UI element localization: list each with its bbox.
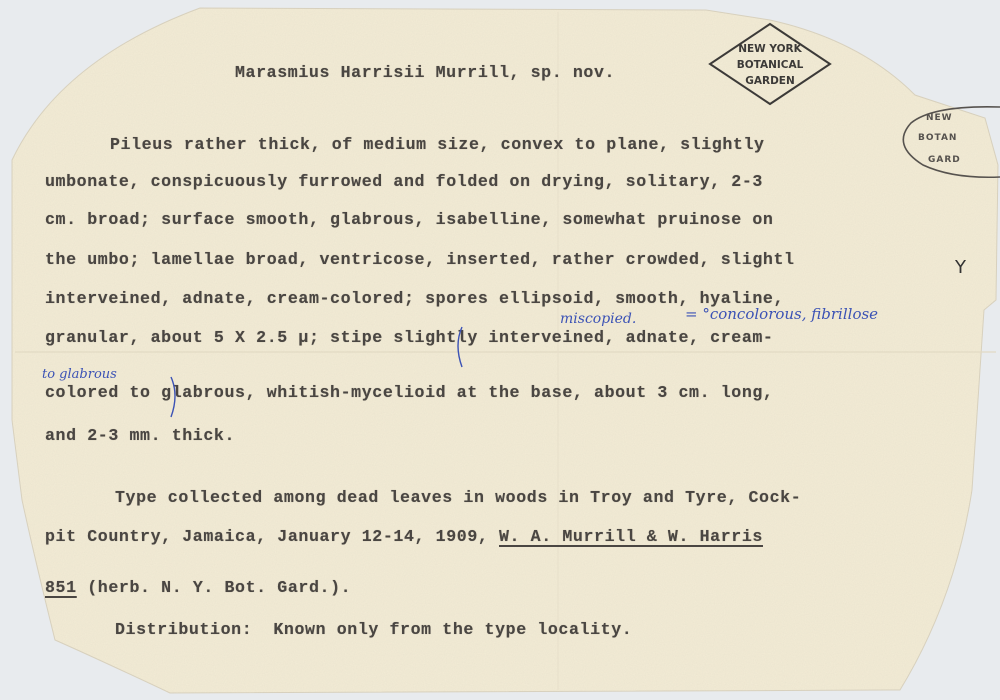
description-line: cm. broad; surface smooth, glabrous, isa…: [45, 212, 774, 229]
oval-stamp-line: BOTAN: [918, 133, 957, 143]
scanned-document: NEW YORK BOTANICAL GARDEN NEW BOTAN GARD…: [0, 0, 1000, 700]
type-line: 851 (herb. N. Y. Bot. Gard.).: [45, 580, 351, 597]
description-line: interveined, adnate, cream-colored; spor…: [45, 291, 784, 308]
stamp-line: GARDEN: [730, 73, 810, 89]
type-line-text: pit Country, Jamaica, January 12-14, 190…: [45, 527, 499, 546]
handwritten-miscopied: miscopied.: [560, 312, 636, 326]
description-line: and 2-3 mm. thick.: [45, 428, 235, 445]
type-line: pit Country, Jamaica, January 12-14, 190…: [45, 529, 763, 546]
handwritten-concolorous-fibrillose: = °concolorous, fibrillose: [685, 307, 878, 322]
description-line: colored to glabrous, whitish-mycelioid a…: [45, 385, 774, 402]
handwritten-y-correction: Y: [955, 257, 966, 278]
oval-stamp-line: GARD: [928, 155, 961, 165]
description-line: granular, about 5 X 2.5 µ; stipe slightl…: [45, 330, 774, 347]
description-line: umbonate, conspicuously furrowed and fol…: [45, 174, 763, 191]
species-title: Marasmius Harrisii Murrill, sp. nov.: [235, 65, 615, 82]
nybg-stamp-text: NEW YORK BOTANICAL GARDEN: [730, 41, 810, 89]
collectors: W. A. Murrill & W. Harris: [499, 527, 763, 546]
collection-number: 851: [45, 578, 77, 597]
type-line: Type collected among dead leaves in wood…: [115, 490, 801, 507]
description-line: Pileus rather thick, of medium size, con…: [110, 137, 765, 154]
distribution-line: Distribution: Known only from the type l…: [115, 622, 632, 639]
oval-stamp-line: NEW: [926, 113, 953, 123]
stamp-line: NEW YORK: [730, 41, 810, 57]
handwritten-bracket-close: [168, 375, 182, 419]
handwritten-to-glabrous: to glabrous: [42, 368, 117, 381]
description-line: the umbo; lamellae broad, ventricose, in…: [45, 252, 795, 269]
handwritten-bracket-open: [452, 325, 466, 369]
herbarium-text: (herb. N. Y. Bot. Gard.).: [77, 578, 352, 597]
stamp-line: BOTANICAL: [730, 57, 810, 73]
